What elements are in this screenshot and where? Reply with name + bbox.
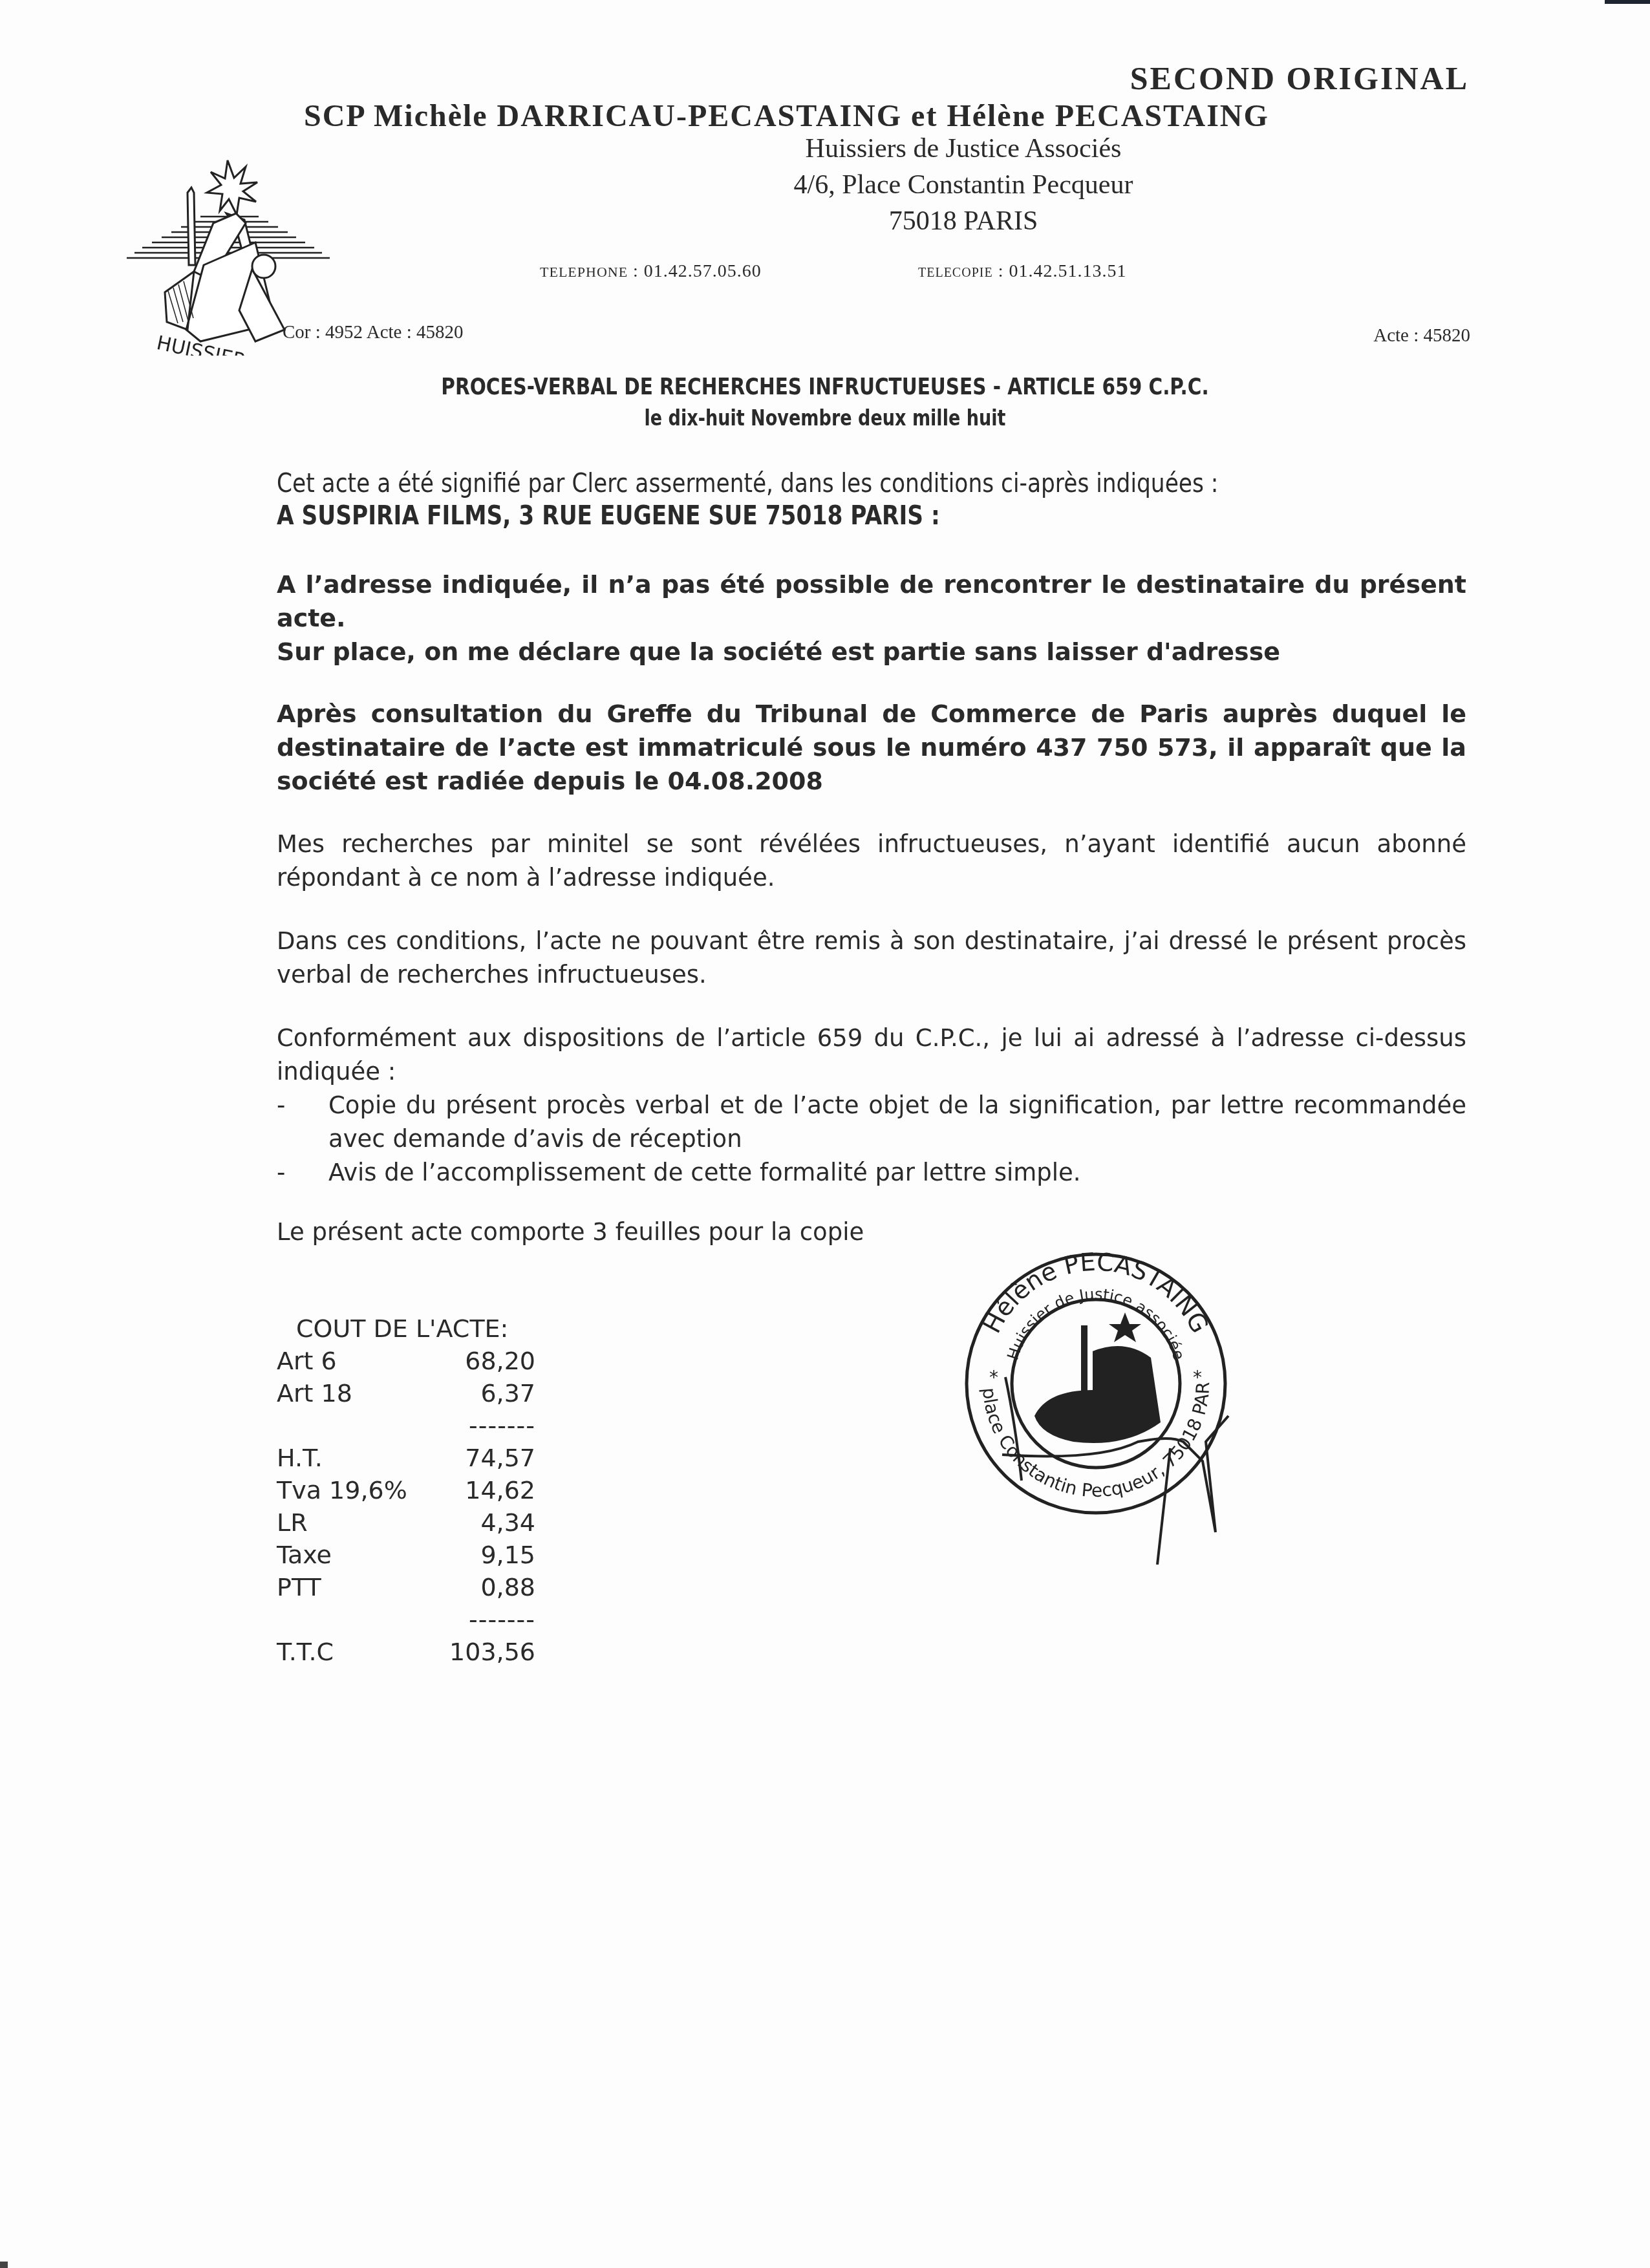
total-row: T.T.C103,56 [277, 1636, 535, 1668]
svg-text:*: * [989, 1367, 998, 1388]
table-row: Art 668,20 [277, 1345, 535, 1377]
conform-text: Conformément aux dispositions de l’artic… [277, 1022, 1466, 1089]
list-item: -Copie du présent procès verbal et de l’… [277, 1089, 1466, 1156]
cost-separator: ------- [277, 1603, 535, 1636]
greffe-text: Après consultation du Greffe du Tribunal… [277, 697, 1466, 798]
sheets-paragraph: Le présent acte comporte 3 feuilles pour… [277, 1215, 1466, 1249]
table-row: Art 186,37 [277, 1377, 535, 1409]
table-row: PTT0,88 [277, 1571, 535, 1603]
address-paragraph: A l’adresse indiquée, il n’a pas été pos… [277, 568, 1466, 669]
document-title: PROCES-VERBAL DE RECHERCHES INFRUCTUEUSE… [0, 374, 1650, 431]
table-row: LR4,34 [277, 1506, 535, 1539]
logo-caption: HUISSIER DE JUSTICE [155, 332, 343, 356]
table-row: Taxe9,15 [277, 1539, 535, 1571]
minitel-text: Mes recherches par minitel se sont révél… [277, 828, 1466, 895]
intro-paragraph: Cet acte a été signifié par Clerc asserm… [277, 467, 1466, 500]
recipient-line: A SUSPIRIA FILMS, 3 RUE EUGENE SUE 75018… [277, 499, 1466, 533]
sheets-text: Le présent acte comporte 3 feuilles pour… [277, 1215, 1466, 1249]
firm-role: Huissiers de Justice Associés [640, 133, 1287, 164]
svg-text:*: * [1193, 1367, 1202, 1388]
firm-city: 75018 PARIS [640, 206, 1287, 237]
huissier-de-justice-logo-icon: HUISSIER DE JUSTICE [91, 116, 343, 356]
cost-title: COUT DE L'ACTE: [277, 1312, 535, 1345]
conditions-text: Dans ces conditions, l’acte ne pouvant ê… [277, 925, 1466, 992]
phone-label: Telephone [540, 264, 628, 280]
firm-address: 4/6, Place Constantin Pecqueur [640, 169, 1287, 200]
greffe-paragraph: Après consultation du Greffe du Tribunal… [277, 697, 1466, 798]
conform-paragraph: Conformément aux dispositions de l’artic… [277, 1022, 1466, 1190]
table-row: H.T.74,57 [277, 1442, 535, 1474]
on-site-text: Sur place, on me déclare que la société … [277, 635, 1466, 669]
fax-line: telecopie : 01.42.51.13.51 [918, 261, 1126, 282]
cost-separator: ------- [277, 1409, 535, 1442]
intro-text: Cet acte a été signifié par Clerc asserm… [277, 467, 1300, 500]
acte-reference: Acte : 45820 [1373, 325, 1470, 347]
scan-edge-artifact [1605, 0, 1650, 4]
phone-line: Telephone : 01.42.57.05.60 [540, 261, 762, 282]
minitel-paragraph: Mes recherches par minitel se sont révél… [277, 828, 1466, 895]
address-not-found-text: A l’adresse indiquée, il n’a pas été pos… [277, 568, 1466, 635]
official-seal-icon: Hélène PECASTAING Huissier de Justice as… [944, 1228, 1248, 1565]
second-original-label: SECOND ORIGINAL [1130, 59, 1469, 97]
cost-table: COUT DE L'ACTE: Art 668,20 Art 186,37 --… [277, 1312, 535, 1668]
scan-edge-artifact [0, 2262, 8, 2268]
fax-number: : 01.42.51.13.51 [998, 261, 1127, 281]
list-item: -Avis de l’accomplissement de cette form… [277, 1156, 1466, 1190]
conditions-paragraph: Dans ces conditions, l’acte ne pouvant ê… [277, 925, 1466, 992]
fax-label: telecopie [918, 266, 993, 280]
firm-name: SCP Michèle DARRICAU-PECASTAING et Hélèn… [304, 98, 1269, 134]
notification-list: -Copie du présent procès verbal et de l’… [277, 1089, 1466, 1190]
table-row: Tva 19,6%14,62 [277, 1474, 535, 1506]
title-main: PROCES-VERBAL DE RECHERCHES INFRUCTUEUSE… [149, 374, 1502, 400]
recipient-text: A SUSPIRIA FILMS, 3 RUE EUGENE SUE 75018… [277, 499, 1300, 533]
title-date: le dix-huit Novembre deux mille huit [149, 405, 1502, 431]
phone-number: : 01.42.57.05.60 [633, 261, 762, 281]
